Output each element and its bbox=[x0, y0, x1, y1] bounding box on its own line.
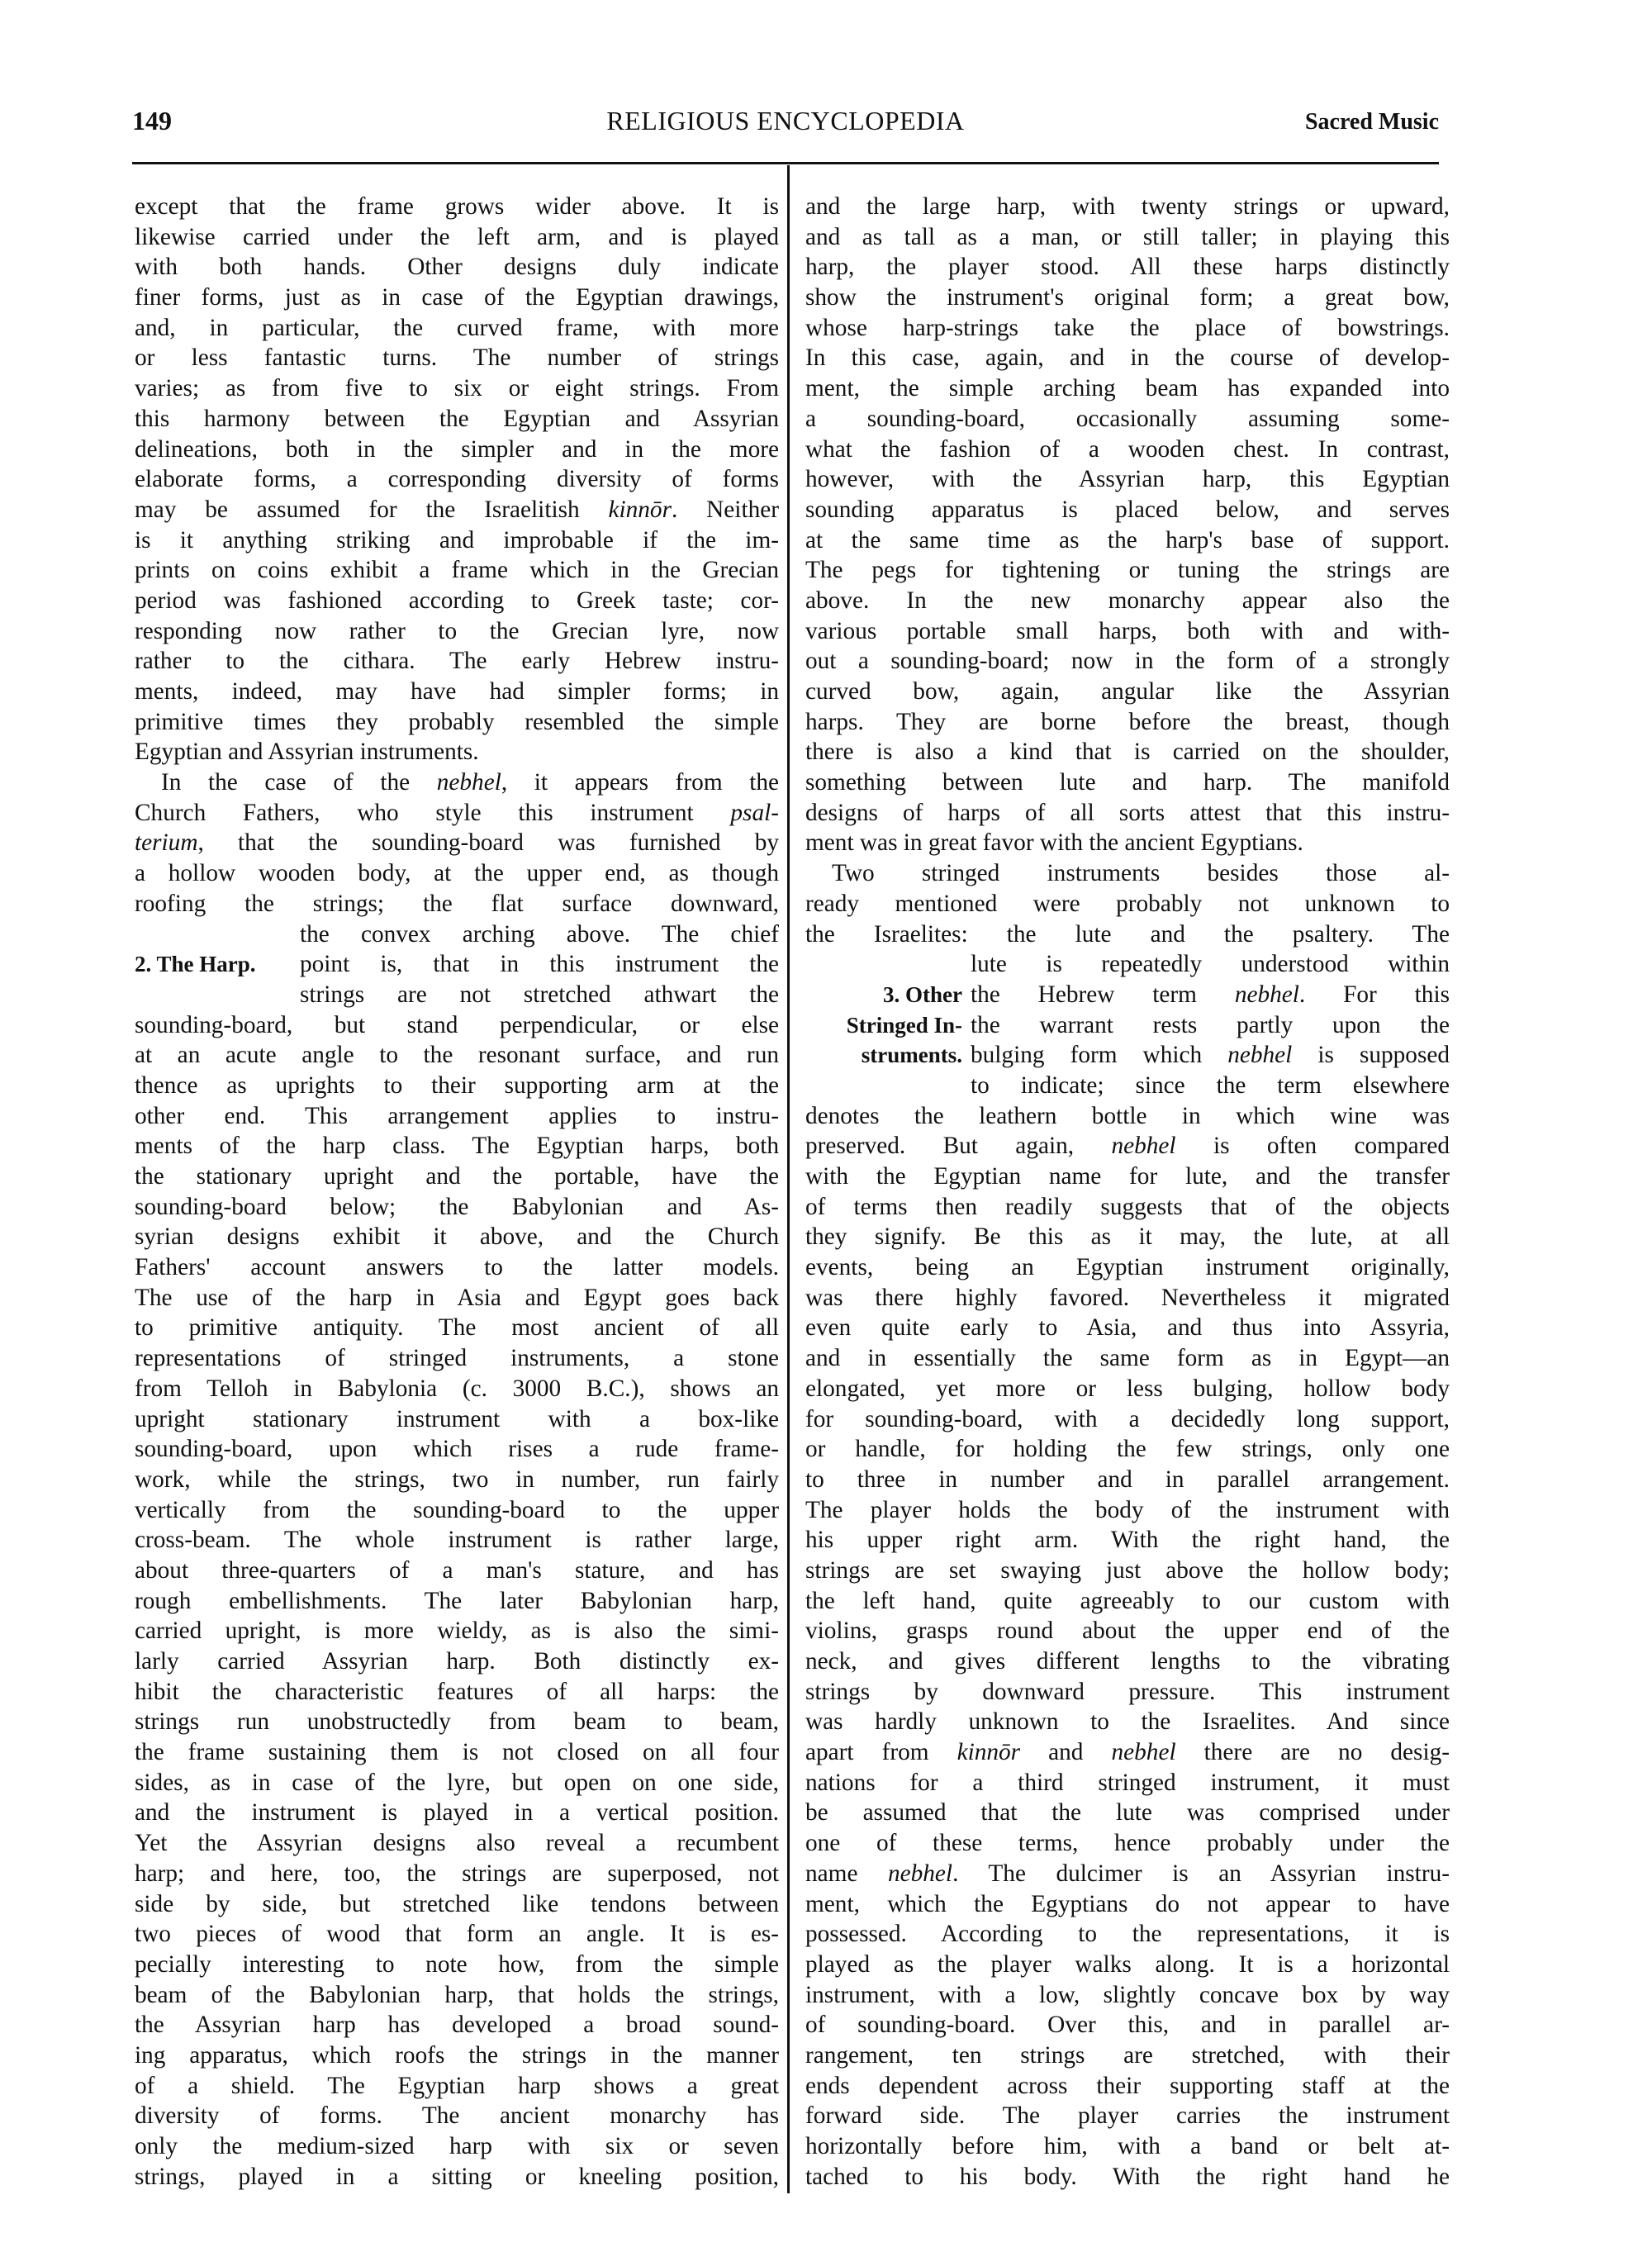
text-line: other end. This arrangement applies to i… bbox=[135, 1101, 779, 1132]
text-line: ment, the simple arching beam has expand… bbox=[805, 373, 1450, 404]
text-line: ends dependent across their supporting s… bbox=[805, 2071, 1450, 2102]
text-line: the stationary upright and the portable,… bbox=[135, 1162, 779, 1192]
text-line: strings are set swaying just above the h… bbox=[805, 1556, 1450, 1586]
text-line: pecially interesting to note how, from t… bbox=[135, 1950, 779, 1980]
left-column: except that the frame grows wider above.… bbox=[135, 192, 779, 2192]
text-line: sounding-board, upon which rises a rude … bbox=[135, 1434, 779, 1465]
text-line: elongated, yet more or less bulging, hol… bbox=[805, 1374, 1450, 1404]
text-line: and, in particular, the curved frame, wi… bbox=[135, 313, 779, 344]
text-line: of sounding-board. Over this, and in par… bbox=[805, 2010, 1450, 2040]
side-heading: 3. Other bbox=[805, 980, 962, 1010]
text-line: varies; as from five to six or eight str… bbox=[135, 373, 779, 404]
text-line: various portable small harps, both with … bbox=[805, 616, 1450, 647]
text-line: name nebhel. The dulcimer is an Assyrian… bbox=[805, 1859, 1450, 1889]
text-line: possessed. According to the representati… bbox=[805, 1919, 1450, 1950]
text-line: and the instrument is played in a vertic… bbox=[135, 1798, 779, 1828]
text-line: show the instrument's original form; a g… bbox=[805, 283, 1450, 313]
text-line: harp; and here, too, the strings are sup… bbox=[135, 1859, 779, 1889]
text-line: side by side, but stretched like tendons… bbox=[135, 1889, 779, 1920]
text-line: for sounding-board, with a decidedly lon… bbox=[805, 1404, 1450, 1435]
text-line: out a sounding-board; now in the form of… bbox=[805, 646, 1450, 677]
text-line: In the case of the nebhel, it appears fr… bbox=[135, 767, 779, 798]
text-line: tached to his body. With the right hand … bbox=[805, 2162, 1450, 2192]
text-line: be assumed that the lute was comprised u… bbox=[805, 1798, 1450, 1828]
text-line: forward side. The player carries the ins… bbox=[805, 2101, 1450, 2131]
text-line: strings are not stretched athwart the bbox=[135, 980, 779, 1010]
text-line: syrian designs exhibit it above, and the… bbox=[135, 1222, 779, 1252]
text-line: one of these terms, hence probably under… bbox=[805, 1828, 1450, 1859]
text-line: lute is repeatedly understood within bbox=[805, 949, 1450, 980]
text-line: with the Egyptian name for lute, and the… bbox=[805, 1162, 1450, 1192]
running-title: RELIGIOUS ENCYCLOPEDIA bbox=[132, 106, 1439, 136]
text-line: bulging form which nebhel is supposedstr… bbox=[805, 1040, 1450, 1071]
text-line: strings run unobstructedly from beam to … bbox=[135, 1707, 779, 1737]
text-line: to indicate; since the term elsewhere bbox=[805, 1071, 1450, 1101]
text-line: terium, that the sounding-board was furn… bbox=[135, 828, 779, 858]
text-line: elaborate forms, a corresponding diversi… bbox=[135, 464, 779, 495]
text-line: or less fantastic turns. The number of s… bbox=[135, 343, 779, 373]
text-line: at an acute angle to the resonant surfac… bbox=[135, 1040, 779, 1071]
column-divider bbox=[787, 165, 790, 2193]
text-line: strings by downward pressure. This instr… bbox=[805, 1677, 1450, 1708]
text-line: apart from kinnōr and nebhel there are n… bbox=[805, 1737, 1450, 1768]
text-line: the left hand, quite agreeably to our cu… bbox=[805, 1586, 1450, 1617]
text-line: thence as uprights to their supporting a… bbox=[135, 1071, 779, 1101]
text-line: diversity of forms. The ancient monarchy… bbox=[135, 2101, 779, 2131]
text-line: work, while the strings, two in number, … bbox=[135, 1465, 779, 1495]
text-line: point is, that in this instrument the2. … bbox=[135, 949, 779, 980]
text-line: vertically from the sounding-board to th… bbox=[135, 1495, 779, 1526]
text-line: curved bow, again, angular like the Assy… bbox=[805, 677, 1450, 707]
text-line: of terms then readily suggests that of t… bbox=[805, 1192, 1450, 1223]
right-column: and the large harp, with twenty strings … bbox=[805, 192, 1450, 2192]
text-line: his upper right arm. With the right hand… bbox=[805, 1525, 1450, 1556]
text-line: the Israelites: the lute and the psalter… bbox=[805, 919, 1450, 950]
text-line: a sounding-board, occasionally assuming … bbox=[805, 404, 1450, 435]
text-line: what the fashion of a wooden chest. In c… bbox=[805, 435, 1450, 465]
text-line: Fathers' account answers to the latter m… bbox=[135, 1252, 779, 1283]
text-line: likewise carried under the left arm, and… bbox=[135, 222, 779, 253]
text-line: cross-beam. The whole instrument is rath… bbox=[135, 1525, 779, 1556]
text-line: The use of the harp in Asia and Egypt go… bbox=[135, 1283, 779, 1314]
text-line: upright stationary instrument with a box… bbox=[135, 1404, 779, 1435]
text-line: ment, which the Egyptians do not appear … bbox=[805, 1889, 1450, 1920]
text-line: primitive times they probably resembled … bbox=[135, 707, 779, 738]
text-line: sounding-board, but stand perpendicular,… bbox=[135, 1010, 779, 1041]
text-line: violins, grasps round about the upper en… bbox=[805, 1616, 1450, 1646]
side-heading: Stringed In- bbox=[805, 1010, 962, 1041]
text-line: sounding apparatus is placed below, and … bbox=[805, 495, 1450, 525]
text-line: a hollow wooden body, at the upper end, … bbox=[135, 858, 779, 889]
text-line: Yet the Assyrian designs also reveal a r… bbox=[135, 1828, 779, 1859]
text-line: sides, as in case of the lyre, but open … bbox=[135, 1768, 779, 1798]
text-line: played as the player walks along. It is … bbox=[805, 1950, 1450, 1980]
text-line: and the large harp, with twenty strings … bbox=[805, 192, 1450, 222]
text-line: ing apparatus, which roofs the strings i… bbox=[135, 2040, 779, 2071]
side-heading: 2. The Harp. bbox=[135, 949, 292, 980]
text-line: the Hebrew term nebhel. For this3. Other bbox=[805, 980, 1450, 1010]
text-line: prints on coins exhibit a frame which in… bbox=[135, 555, 779, 586]
text-line: and in essentially the same form as in E… bbox=[805, 1343, 1450, 1374]
text-line: representations of stringed instruments,… bbox=[135, 1343, 779, 1374]
text-line: they signify. Be this as it may, the lut… bbox=[805, 1222, 1450, 1252]
text-line: from Telloh in Babylonia (c. 3000 B.C.),… bbox=[135, 1374, 779, 1404]
text-line: the Assyrian harp has developed a broad … bbox=[135, 2010, 779, 2040]
text-line: sounding-board below; the Babylonian and… bbox=[135, 1192, 779, 1223]
text-line: preserved. But again, nebhel is often co… bbox=[805, 1131, 1450, 1162]
text-line: there is also a kind that is carried on … bbox=[805, 737, 1450, 767]
text-line: the frame sustaining them is not closed … bbox=[135, 1737, 779, 1768]
text-line: harp, the player stood. All these harps … bbox=[805, 252, 1450, 283]
text-line: horizontally before him, with a band or … bbox=[805, 2131, 1450, 2162]
text-line: neck, and gives different lengths to the… bbox=[805, 1646, 1450, 1677]
text-line: harps. They are borne before the breast,… bbox=[805, 707, 1450, 738]
text-line: something between lute and harp. The man… bbox=[805, 767, 1450, 798]
text-line: to three in number and in parallel arran… bbox=[805, 1465, 1450, 1495]
text-line: period was fashioned according to Greek … bbox=[135, 586, 779, 616]
text-line: larly carried Assyrian harp. Both distin… bbox=[135, 1646, 779, 1677]
text-line: and as tall as a man, or still taller; i… bbox=[805, 222, 1450, 253]
text-line: ments of the harp class. The Egyptian ha… bbox=[135, 1131, 779, 1162]
text-line: rough embellishments. The later Babyloni… bbox=[135, 1586, 779, 1617]
text-line: responding now rather to the Grecian lyr… bbox=[135, 616, 779, 647]
text-line: ment was in great favor with the ancient… bbox=[805, 828, 1450, 858]
section-title: Sacred Music bbox=[1305, 109, 1439, 135]
text-line: was there highly favored. Nevertheless i… bbox=[805, 1283, 1450, 1314]
text-line: denotes the leathern bottle in which win… bbox=[805, 1101, 1450, 1132]
text-line: rather to the cithara. The early Hebrew … bbox=[135, 646, 779, 677]
text-line: carried upright, is more wieldy, as is a… bbox=[135, 1616, 779, 1646]
page-header: 149 RELIGIOUS ENCYCLOPEDIA Sacred Music bbox=[132, 97, 1439, 147]
text-line: ments, indeed, may have had simpler form… bbox=[135, 677, 779, 707]
text-line: of a shield. The Egyptian harp shows a g… bbox=[135, 2071, 779, 2102]
text-line: only the medium-sized harp with six or s… bbox=[135, 2131, 779, 2162]
text-line: whose harp-strings take the place of bow… bbox=[805, 313, 1450, 344]
text-line: two pieces of wood that form an angle. I… bbox=[135, 1919, 779, 1950]
text-line: roofing the strings; the flat surface do… bbox=[135, 889, 779, 919]
text-line: the warrant rests partly upon theStringe… bbox=[805, 1010, 1450, 1041]
text-line: about three-quarters of a man's stature,… bbox=[135, 1556, 779, 1586]
text-line: strings, played in a sitting or kneeling… bbox=[135, 2162, 779, 2192]
text-line: the convex arching above. The chief bbox=[135, 919, 779, 950]
text-line: Two stringed instruments besides those a… bbox=[805, 858, 1450, 889]
text-line: Egyptian and Assyrian instruments. bbox=[135, 737, 779, 767]
text-line: hibit the characteristic features of all… bbox=[135, 1677, 779, 1708]
text-line: except that the frame grows wider above.… bbox=[135, 192, 779, 222]
text-line: nations for a third stringed instrument,… bbox=[805, 1768, 1450, 1798]
text-line: at the same time as the harp's base of s… bbox=[805, 525, 1450, 556]
text-line: is it anything striking and improbable i… bbox=[135, 525, 779, 556]
text-line: The pegs for tightening or tuning the st… bbox=[805, 555, 1450, 586]
text-line: delineations, both in the simpler and in… bbox=[135, 435, 779, 465]
text-line: beam of the Babylonian harp, that holds … bbox=[135, 1980, 779, 2011]
text-line: designs of harps of all sorts attest tha… bbox=[805, 798, 1450, 829]
text-line: instrument, with a low, slightly concave… bbox=[805, 1980, 1450, 2011]
text-line: to primitive antiquity. The most ancient… bbox=[135, 1313, 779, 1343]
text-line: ready mentioned were probably not unknow… bbox=[805, 889, 1450, 919]
text-line: Church Fathers, who style this instrumen… bbox=[135, 798, 779, 829]
text-line: was hardly unknown to the Israelites. An… bbox=[805, 1707, 1450, 1737]
text-line: even quite early to Asia, and thus into … bbox=[805, 1313, 1450, 1343]
text-line: may be assumed for the Israelitish kinnō… bbox=[135, 495, 779, 525]
header-rule bbox=[132, 162, 1439, 164]
text-line: above. In the new monarchy appear also t… bbox=[805, 586, 1450, 616]
text-line: this harmony between the Egyptian and As… bbox=[135, 404, 779, 435]
text-line: however, with the Assyrian harp, this Eg… bbox=[805, 464, 1450, 495]
text-line: or handle, for holding the few strings, … bbox=[805, 1434, 1450, 1465]
text-line: finer forms, just as in case of the Egyp… bbox=[135, 283, 779, 313]
text-line: The player holds the body of the instrum… bbox=[805, 1495, 1450, 1526]
text-line: rangement, ten strings are stretched, wi… bbox=[805, 2040, 1450, 2071]
text-line: events, being an Egyptian instrument ori… bbox=[805, 1252, 1450, 1283]
text-line: In this case, again, and in the course o… bbox=[805, 343, 1450, 373]
text-line: with both hands. Other designs duly indi… bbox=[135, 252, 779, 283]
side-heading: struments. bbox=[805, 1040, 962, 1071]
